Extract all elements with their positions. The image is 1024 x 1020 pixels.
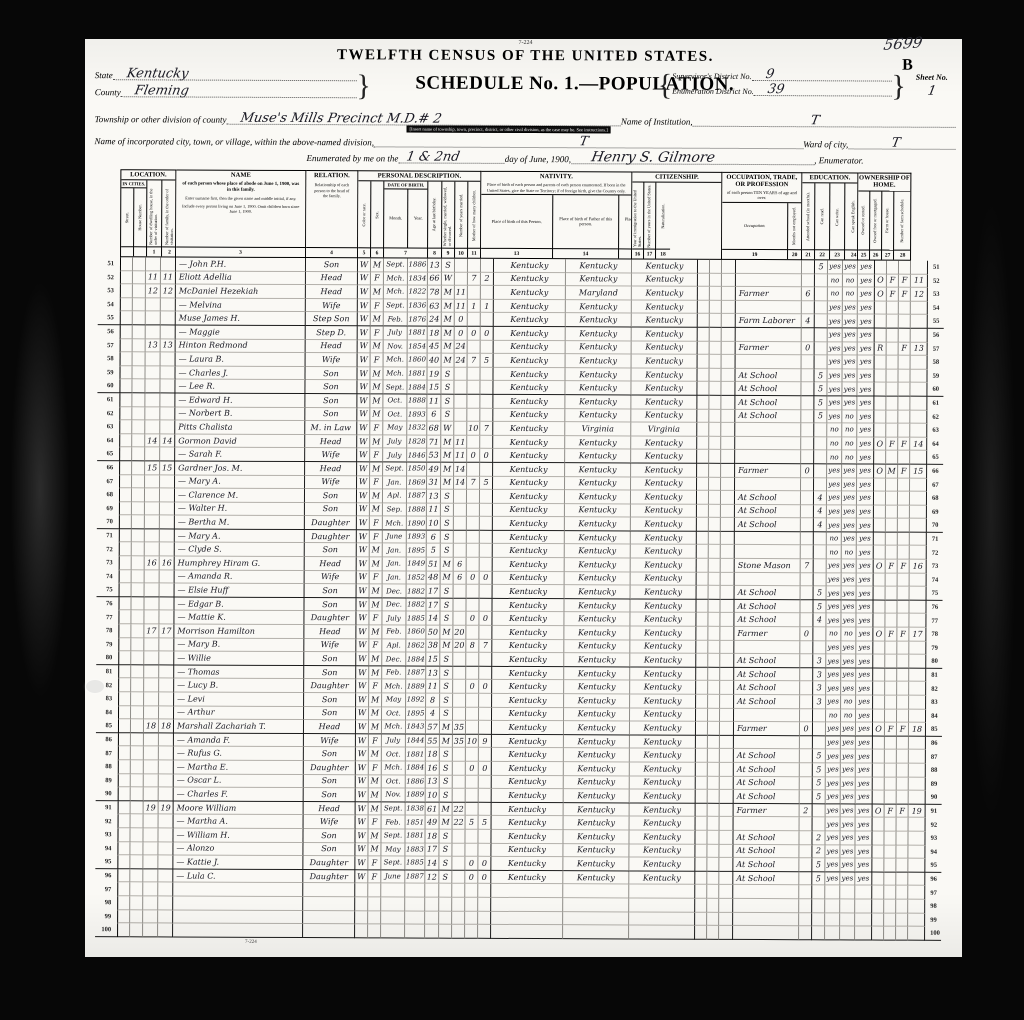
cell-pob-father: Kentucky <box>566 314 632 328</box>
row-number-gutter-left <box>98 169 120 257</box>
cell-sex: F <box>371 326 384 340</box>
cell-age: 13 <box>426 775 440 789</box>
cell-pob-mother: Kentucky <box>630 722 696 736</box>
cell-relation: Wife <box>305 448 357 462</box>
census-page: 7-224 5699 B TWELFTH CENSUS OF THE UNITE… <box>85 39 962 957</box>
cell-years-us <box>707 831 719 845</box>
cell-school-months: 3 <box>813 682 826 696</box>
cell-school-months: 5 <box>813 763 826 777</box>
cell-house-number <box>132 556 145 570</box>
cell-dwelling <box>144 611 159 625</box>
immigration-label: Year of immigration to the United States… <box>633 184 643 248</box>
cell-farm-house <box>896 900 908 914</box>
cell-marital: S <box>440 666 453 680</box>
cell-farm-house <box>898 546 910 560</box>
cell-free-mortgaged <box>884 886 896 900</box>
cell-can-read: yes <box>828 260 843 274</box>
enumerated-suffix: , Enumerator. <box>814 155 863 165</box>
cell-birth-year: 1884 <box>406 653 426 667</box>
cell-free-mortgaged <box>887 369 899 383</box>
cell-color: W <box>357 462 370 476</box>
cell-age: 19 <box>427 367 441 381</box>
cell-can-write: yes <box>842 505 857 519</box>
cell-name: — Willie <box>174 652 304 666</box>
cell-occupation: At School <box>735 409 801 423</box>
cell-name: — Charles F. <box>174 788 304 802</box>
sex-label: Sex. <box>375 211 380 218</box>
cell-children-living <box>478 843 491 857</box>
pob-mother-label: Place of birth of Mother of this person. <box>620 216 631 227</box>
cell-house-number <box>131 679 144 693</box>
cell-street <box>120 284 133 298</box>
cell-owned-rented <box>872 913 884 927</box>
cell-house-number <box>130 869 143 883</box>
cell-farm-schedule <box>909 668 926 682</box>
cell-pob: Kentucky <box>494 340 566 354</box>
institution-underline: T <box>693 116 956 128</box>
cell-farm-house <box>896 872 908 886</box>
cell-can-write <box>840 926 855 940</box>
cell-can-write: yes <box>843 315 858 329</box>
sex-colnum: 6 <box>371 247 383 257</box>
cell-immigration <box>696 736 708 750</box>
cell-farm-house <box>897 791 909 805</box>
cell-house-number <box>132 584 145 598</box>
cell-name: Muse James H. <box>176 312 306 326</box>
cell-birth-year: 1834 <box>408 272 428 286</box>
district-open-brace: { <box>658 71 673 98</box>
cell-free-mortgaged <box>885 709 897 723</box>
cell-sex: F <box>371 353 384 367</box>
ward-label: Ward of city, <box>803 139 848 149</box>
cell-street <box>117 910 130 924</box>
cell-months-not-employed <box>799 858 812 872</box>
cell-years-us <box>709 437 721 451</box>
cell-sex: M <box>370 557 383 571</box>
cell-farm-schedule <box>910 383 927 397</box>
row-number-left: 72 <box>97 543 119 557</box>
cell-relation: Daughter <box>305 530 357 544</box>
cell-school-months: 5 <box>815 260 828 274</box>
cell-can-write: yes <box>841 668 856 682</box>
cell-years-married: 20 <box>453 626 466 640</box>
cell-can-write: yes <box>841 791 856 805</box>
cell-farm-schedule <box>910 519 927 533</box>
cell-immigration <box>696 817 708 831</box>
cell-immigration <box>696 640 708 654</box>
cell-farm-schedule: 12 <box>911 288 928 302</box>
cell-mother-children <box>466 694 479 708</box>
cell-family <box>159 665 174 679</box>
cell-years-us <box>710 287 722 301</box>
cell-occupation <box>733 926 799 940</box>
cell-can-write <box>840 899 855 913</box>
cell-owned-rented <box>873 750 885 764</box>
cell-free-mortgaged <box>885 682 897 696</box>
group-name: NAME of each person whose place of abode… <box>176 169 306 258</box>
cell-pob <box>491 884 563 898</box>
naturalization-colnum: 18 <box>656 249 670 259</box>
cell-birth-month: Jan. <box>383 476 407 490</box>
cell-house-number <box>133 257 146 271</box>
cell-farm-schedule <box>908 859 925 873</box>
row-number-left: 79 <box>96 638 118 652</box>
owned-colnum: 25 <box>858 249 869 259</box>
cell-age: 13 <box>427 490 441 504</box>
cell-can-read: yes <box>827 573 842 587</box>
cell-years-married: 11 <box>455 299 468 313</box>
cell-can-write <box>840 886 855 900</box>
cell-owned-rented <box>875 315 887 329</box>
cell-birth-year <box>405 925 425 939</box>
cell-name: — Elsie Huff <box>175 584 305 598</box>
cell-can-read: yes <box>827 559 842 573</box>
cell-age: 15 <box>427 381 441 395</box>
cell-relation: Step Son <box>306 312 358 326</box>
cell-years-us <box>708 668 720 682</box>
cell-marital: M <box>440 639 453 653</box>
cell-name: — Amanda R. <box>175 570 305 584</box>
cell-sex: F <box>370 421 383 435</box>
cell-occupation: Farmer <box>734 627 800 641</box>
cell-speak-english: yes <box>857 451 874 465</box>
pob-mother-colnum: 15 <box>619 248 631 258</box>
cell-pob-mother <box>629 898 695 912</box>
cell-owned-rented: O <box>874 437 886 451</box>
cell-marital: S <box>441 503 454 517</box>
cell-naturalization <box>720 668 734 682</box>
row-number-left: 57 <box>98 339 120 353</box>
cell-pob-father: Maryland <box>566 286 632 300</box>
cell-years-us <box>708 695 720 709</box>
cell-age: 17 <box>427 585 441 599</box>
row-number-right: 70 <box>927 519 943 533</box>
cell-years-us <box>709 450 721 464</box>
cell-years-married <box>452 898 465 912</box>
cell-mother-children <box>466 721 479 735</box>
row-number-right: 81 <box>926 669 942 683</box>
cell-children-living: 7 <box>479 639 492 653</box>
table-body: 51 — John P.H. Son W M Sept. 1886 13 S K… <box>95 257 944 940</box>
cell-birth-month <box>381 897 405 911</box>
cell-farm-schedule <box>908 927 925 941</box>
cell-relation: Son <box>303 843 355 857</box>
cell-years-married <box>454 585 467 599</box>
cell-color <box>355 924 368 938</box>
cell-speak-english: yes <box>857 587 874 601</box>
cell-pob-father <box>563 898 629 912</box>
cell-color: W <box>356 788 369 802</box>
cell-color: W <box>357 381 370 395</box>
cell-street <box>118 651 131 665</box>
cell-dwelling <box>144 815 159 829</box>
cell-dwelling <box>144 747 159 761</box>
cell-months-not-employed <box>801 532 814 546</box>
cell-dwelling <box>144 706 159 720</box>
city-value: T <box>579 134 590 149</box>
sheet-content: 7-224 5699 B TWELFTH CENSUS OF THE UNITE… <box>83 37 964 948</box>
cell-pob-father: Kentucky <box>564 681 630 695</box>
cell-house-number <box>131 815 144 829</box>
cell-children-living <box>479 775 492 789</box>
cell-name: — Mary A. <box>175 529 305 543</box>
cell-mother-children: 0 <box>468 327 481 341</box>
cell-years-married: 6 <box>454 571 467 585</box>
cell-can-write: no <box>842 424 857 438</box>
cell-months-not-employed <box>801 478 814 492</box>
row-number-left: 56 <box>98 325 120 339</box>
cell-family <box>160 380 175 394</box>
cell-can-write: no <box>841 695 856 709</box>
row-number-right: 51 <box>928 261 944 275</box>
col-years-married: Number of years married. 10 <box>455 182 468 258</box>
cell-speak-english: yes <box>857 464 874 478</box>
cell-farm-house <box>898 600 910 614</box>
cell-months-not-employed <box>799 845 812 859</box>
cell-school-months <box>812 926 825 940</box>
cell-can-read: yes <box>826 804 841 818</box>
row-number-right: 79 <box>926 641 942 655</box>
cell-farm-schedule <box>908 886 925 900</box>
supervisor-line: Supervisor's District No. 9 <box>672 70 891 82</box>
cell-house-number <box>133 325 146 339</box>
group-occupation: OCCUPATION, TRADE, OR PROFESSION of each… <box>722 172 802 260</box>
cell-sex: M <box>368 829 381 843</box>
age-colnum: 8 <box>428 248 441 258</box>
cell-free-mortgaged <box>885 791 897 805</box>
in-cities-label: IN CITIES. <box>121 181 146 189</box>
cell-pob-father: Kentucky <box>565 585 631 599</box>
cell-pob-father: Kentucky <box>565 395 631 409</box>
cell-owned-rented <box>872 886 884 900</box>
cell-farm-schedule: 16 <box>910 560 927 574</box>
cell-house-number <box>131 801 144 815</box>
cell-color: W <box>356 748 369 762</box>
cell-sex: M <box>370 435 383 449</box>
cell-pob <box>491 925 563 939</box>
cell-farm-house <box>899 261 911 275</box>
cell-house-number <box>132 543 145 557</box>
cell-pob-mother: Kentucky <box>631 572 697 586</box>
cell-birth-month: Jan. <box>383 557 407 571</box>
occupation-colnum: 19 <box>722 249 787 259</box>
cell-family <box>159 733 174 747</box>
cell-farm-house <box>898 492 910 506</box>
cell-free-mortgaged: F <box>886 560 898 574</box>
cell-age: 18 <box>426 748 440 762</box>
cell-family <box>160 489 175 503</box>
cell-immigration <box>697 450 709 464</box>
cell-children-living <box>480 463 493 477</box>
cell-farm-house <box>897 777 909 791</box>
school-colnum: 21 <box>802 249 814 259</box>
footer-form-mark: 7-224 <box>245 939 941 947</box>
cell-age: 11 <box>427 395 441 409</box>
cell-name: — Bertha M. <box>175 516 305 530</box>
row-number-right: 92 <box>926 818 942 832</box>
cell-can-read: yes <box>826 655 841 669</box>
cell-can-write: no <box>842 437 857 451</box>
cell-can-write: yes <box>842 519 857 533</box>
cell-birth-year: 1885 <box>405 857 425 871</box>
cell-years-us <box>708 763 720 777</box>
cell-occupation: At School <box>734 763 800 777</box>
cell-name <box>173 883 303 897</box>
cell-children-living <box>478 830 491 844</box>
age-label: Age at last birthday. <box>432 198 437 232</box>
cell-immigration <box>696 654 708 668</box>
col-free-mortgaged: Owned free or mortgaged. 26 <box>870 191 882 259</box>
cell-speak-english: yes <box>858 315 875 329</box>
cell-months-not-employed <box>801 451 814 465</box>
cell-can-write: yes <box>841 804 856 818</box>
cell-pob <box>491 911 563 925</box>
cell-occupation: At School <box>733 872 799 886</box>
cell-birth-year: 1882 <box>406 598 426 612</box>
cell-marital: S <box>441 544 454 558</box>
cell-owned-rented <box>873 763 885 777</box>
cell-dwelling <box>145 448 160 462</box>
cell-years-us <box>709 464 721 478</box>
row-number-left: 51 <box>98 257 120 271</box>
cell-farm-house <box>897 696 909 710</box>
cell-children-living: 0 <box>479 680 492 694</box>
cell-speak-english: yes <box>858 288 875 302</box>
row-number-left: 98 <box>95 896 117 910</box>
cell-pob-father: Kentucky <box>565 449 631 463</box>
cell-relation: Head <box>304 720 356 734</box>
pob-colnum: 13 <box>481 248 552 258</box>
cell-name: Pitts Chalista <box>175 421 305 435</box>
row-number-right: 80 <box>926 655 942 669</box>
cell-years-us <box>707 899 719 913</box>
cell-birth-month: Feb. <box>382 816 406 830</box>
cell-relation: Head <box>306 340 358 354</box>
cell-dwelling <box>145 420 160 434</box>
cell-family <box>159 638 174 652</box>
cell-street <box>119 407 132 421</box>
nativity-note: Place of birth of each person and parent… <box>481 181 631 195</box>
cell-relation: Son <box>305 394 357 408</box>
cell-can-read: no <box>827 451 842 465</box>
cell-children-living: 1 <box>481 300 494 314</box>
cell-pob-mother: Kentucky <box>629 830 695 844</box>
cell-family <box>159 706 174 720</box>
cell-farm-house <box>899 315 911 329</box>
cell-age: 71 <box>427 435 441 449</box>
row-number-right: 84 <box>926 709 942 723</box>
cell-can-read: no <box>827 532 842 546</box>
cell-dwelling <box>144 760 159 774</box>
cell-can-read: yes <box>827 396 842 410</box>
cell-sex <box>368 924 381 938</box>
cell-free-mortgaged <box>884 899 896 913</box>
marital-colnum: 9 <box>442 248 454 258</box>
cell-house-number <box>130 910 143 924</box>
cell-occupation: Farmer <box>736 287 802 301</box>
cell-can-read: yes <box>826 750 841 764</box>
cell-family <box>161 325 176 339</box>
cell-dwelling <box>143 896 158 910</box>
cell-owned-rented <box>874 492 886 506</box>
cell-farm-schedule <box>909 655 926 669</box>
cell-relation <box>303 897 355 911</box>
cell-birth-year: 1860 <box>408 354 428 368</box>
cell-pob-father: Kentucky <box>566 259 632 273</box>
cell-dwelling <box>144 652 159 666</box>
cell-pob: Kentucky <box>492 612 564 626</box>
cell-pob-mother: Kentucky <box>630 790 696 804</box>
cell-pob-mother: Kentucky <box>631 504 697 518</box>
col-family-number: Number of family, in the order of visita… <box>162 181 175 257</box>
cell-pob-father: Kentucky <box>566 327 632 341</box>
cell-street <box>120 339 133 353</box>
cell-farm-schedule <box>911 301 928 315</box>
cell-birth-year <box>405 911 425 925</box>
cell-occupation: At School <box>734 681 800 695</box>
cell-speak-english: yes <box>856 791 873 805</box>
cell-family <box>160 475 175 489</box>
cell-marital: S <box>439 843 452 857</box>
col-pob-mother: Place of birth of Mother of this person.… <box>619 195 631 258</box>
cell-free-mortgaged: F <box>886 437 898 451</box>
cell-occupation <box>735 437 801 451</box>
cell-relation: Wife <box>304 639 356 653</box>
cell-dwelling <box>144 788 159 802</box>
cell-relation: Step D. <box>306 326 358 340</box>
cell-dwelling <box>145 502 160 516</box>
cell-can-read: yes <box>826 695 841 709</box>
group-location: LOCATION. IN CITIES. Street. <box>120 169 176 257</box>
cell-years-married: 6 <box>454 558 467 572</box>
cell-pob-mother: Kentucky <box>631 463 697 477</box>
cell-birth-year: 1849 <box>407 558 427 572</box>
cell-pob: Kentucky <box>493 517 565 531</box>
cell-dwelling <box>146 257 161 271</box>
cell-can-write: yes <box>841 655 856 669</box>
cell-name: — Mary B. <box>174 638 304 652</box>
cell-occupation <box>735 423 801 437</box>
cell-pob-father: Kentucky <box>564 776 630 790</box>
cell-naturalization <box>722 260 736 274</box>
cell-pob-mother: Kentucky <box>631 436 697 450</box>
cell-can-read: no <box>828 274 843 288</box>
cell-naturalization <box>722 314 736 328</box>
cell-street <box>117 828 130 842</box>
cell-free-mortgaged <box>885 750 897 764</box>
cell-relation: Son <box>305 367 357 381</box>
cell-months-not-employed <box>800 736 813 750</box>
row-number-left: 70 <box>97 515 119 529</box>
cell-family <box>161 312 176 326</box>
cell-name: — Mary A. <box>175 475 305 489</box>
cell-can-read: yes <box>828 355 843 369</box>
cell-months-not-employed <box>801 505 814 519</box>
family-label: Number of family, in the order of visita… <box>165 182 175 246</box>
cell-dwelling <box>143 869 158 883</box>
cell-street <box>118 787 131 801</box>
cell-years-us <box>710 314 722 328</box>
cell-pob: Kentucky <box>492 748 564 762</box>
cell-children-living <box>479 694 492 708</box>
cell-pob: Kentucky <box>494 272 566 286</box>
cell-family: 19 <box>159 801 174 815</box>
cell-owned-rented <box>874 532 886 546</box>
cell-sex: F <box>369 816 382 830</box>
cell-street <box>118 760 131 774</box>
cell-color: W <box>356 802 369 816</box>
cell-marital: S <box>440 748 453 762</box>
